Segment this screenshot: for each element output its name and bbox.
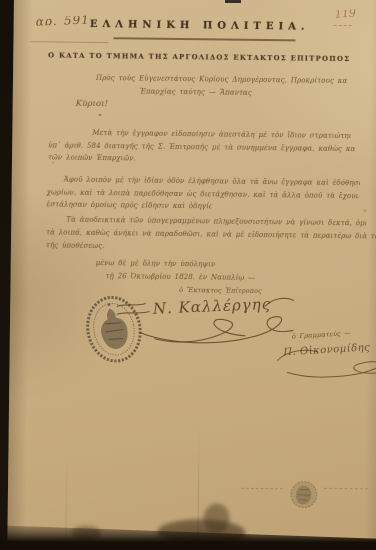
body-line: τῆς ὑποθέσεως. (46, 241, 121, 250)
handwritten-text-block: Πρὸς τοὺς Εὐγενεστάτους Κυρίους Δημογέρο… (7, 0, 376, 545)
archive-stamp (287, 475, 321, 513)
body-line: Ἀφοῦ λοιπὸν μὲ τὴν ἰδίαν ὁδὸν ἐλήφθησαν … (64, 176, 360, 188)
secretary-signature-flourish: Π. Οἰκονομίδης (273, 338, 376, 381)
body-line: τὰ λοιπά, καθὼς ἀνήκει νὰ παραδοθῶσι, κα… (46, 228, 376, 240)
body-line: Μετὰ τὴν ἔγγραφον εἰδοποίησιν ἀπεστάλη μ… (92, 129, 350, 140)
body-line: ὑπ᾽ ἀριθ. 584 διαταγῆς τῆς Σ. Ἐπιτροπῆς … (48, 141, 356, 153)
commissioner-signature: Ν. Καλλέργης (152, 295, 272, 318)
body-line: ἐστάλησαν ὁμοίως πρὸς εἴδησιν καὶ ὁδηγία… (46, 200, 211, 210)
official-seal (83, 292, 144, 367)
body-line: Τὰ ἀποδεικτικὰ τῶν ὑπογεγραμμένων πληρεξ… (66, 216, 366, 228)
body-line: τῶν λοιπῶν Ἐπαρχιῶν. (48, 153, 178, 163)
address-line: Πρὸς τοὺς Εὐγενεστάτους Κυρίους Δημογέρο… (96, 74, 348, 85)
body-line: χωρίων, καὶ τὰ λοιπὰ παρεδόθησαν ὡς διετ… (47, 188, 359, 200)
ink-speck (363, 209, 366, 212)
ink-speck (99, 114, 102, 116)
secretary-signature: Π. Οἰκονομίδης (282, 342, 370, 358)
ink-speck (52, 161, 54, 163)
scanner-edge-notch (225, 0, 241, 3)
scanned-document-page: { "doc": { "registry_no": "ἀρ. 591.", "f… (0, 0, 376, 550)
manuscript-paper: ΕΛΛΗΝΙΚΗ ΠΟΛΙΤΕΙΑ. Ο ΚΑΤΑ ΤΟ ΤΜΗΜΑ ΤΗΣ Α… (7, 0, 376, 545)
closing-line: μένω δὲ μὲ ὅλην τὴν ὑπόληψιν (96, 259, 246, 269)
address-line: Ἐπαρχίας ταύτης — Ἅπαντας (140, 88, 260, 97)
salutation: Κύριοι! (76, 100, 109, 108)
dateline: τῇ 26 Ὀκτωβρίου 1828. ἐν Ναυπλίῳ — (106, 272, 276, 282)
